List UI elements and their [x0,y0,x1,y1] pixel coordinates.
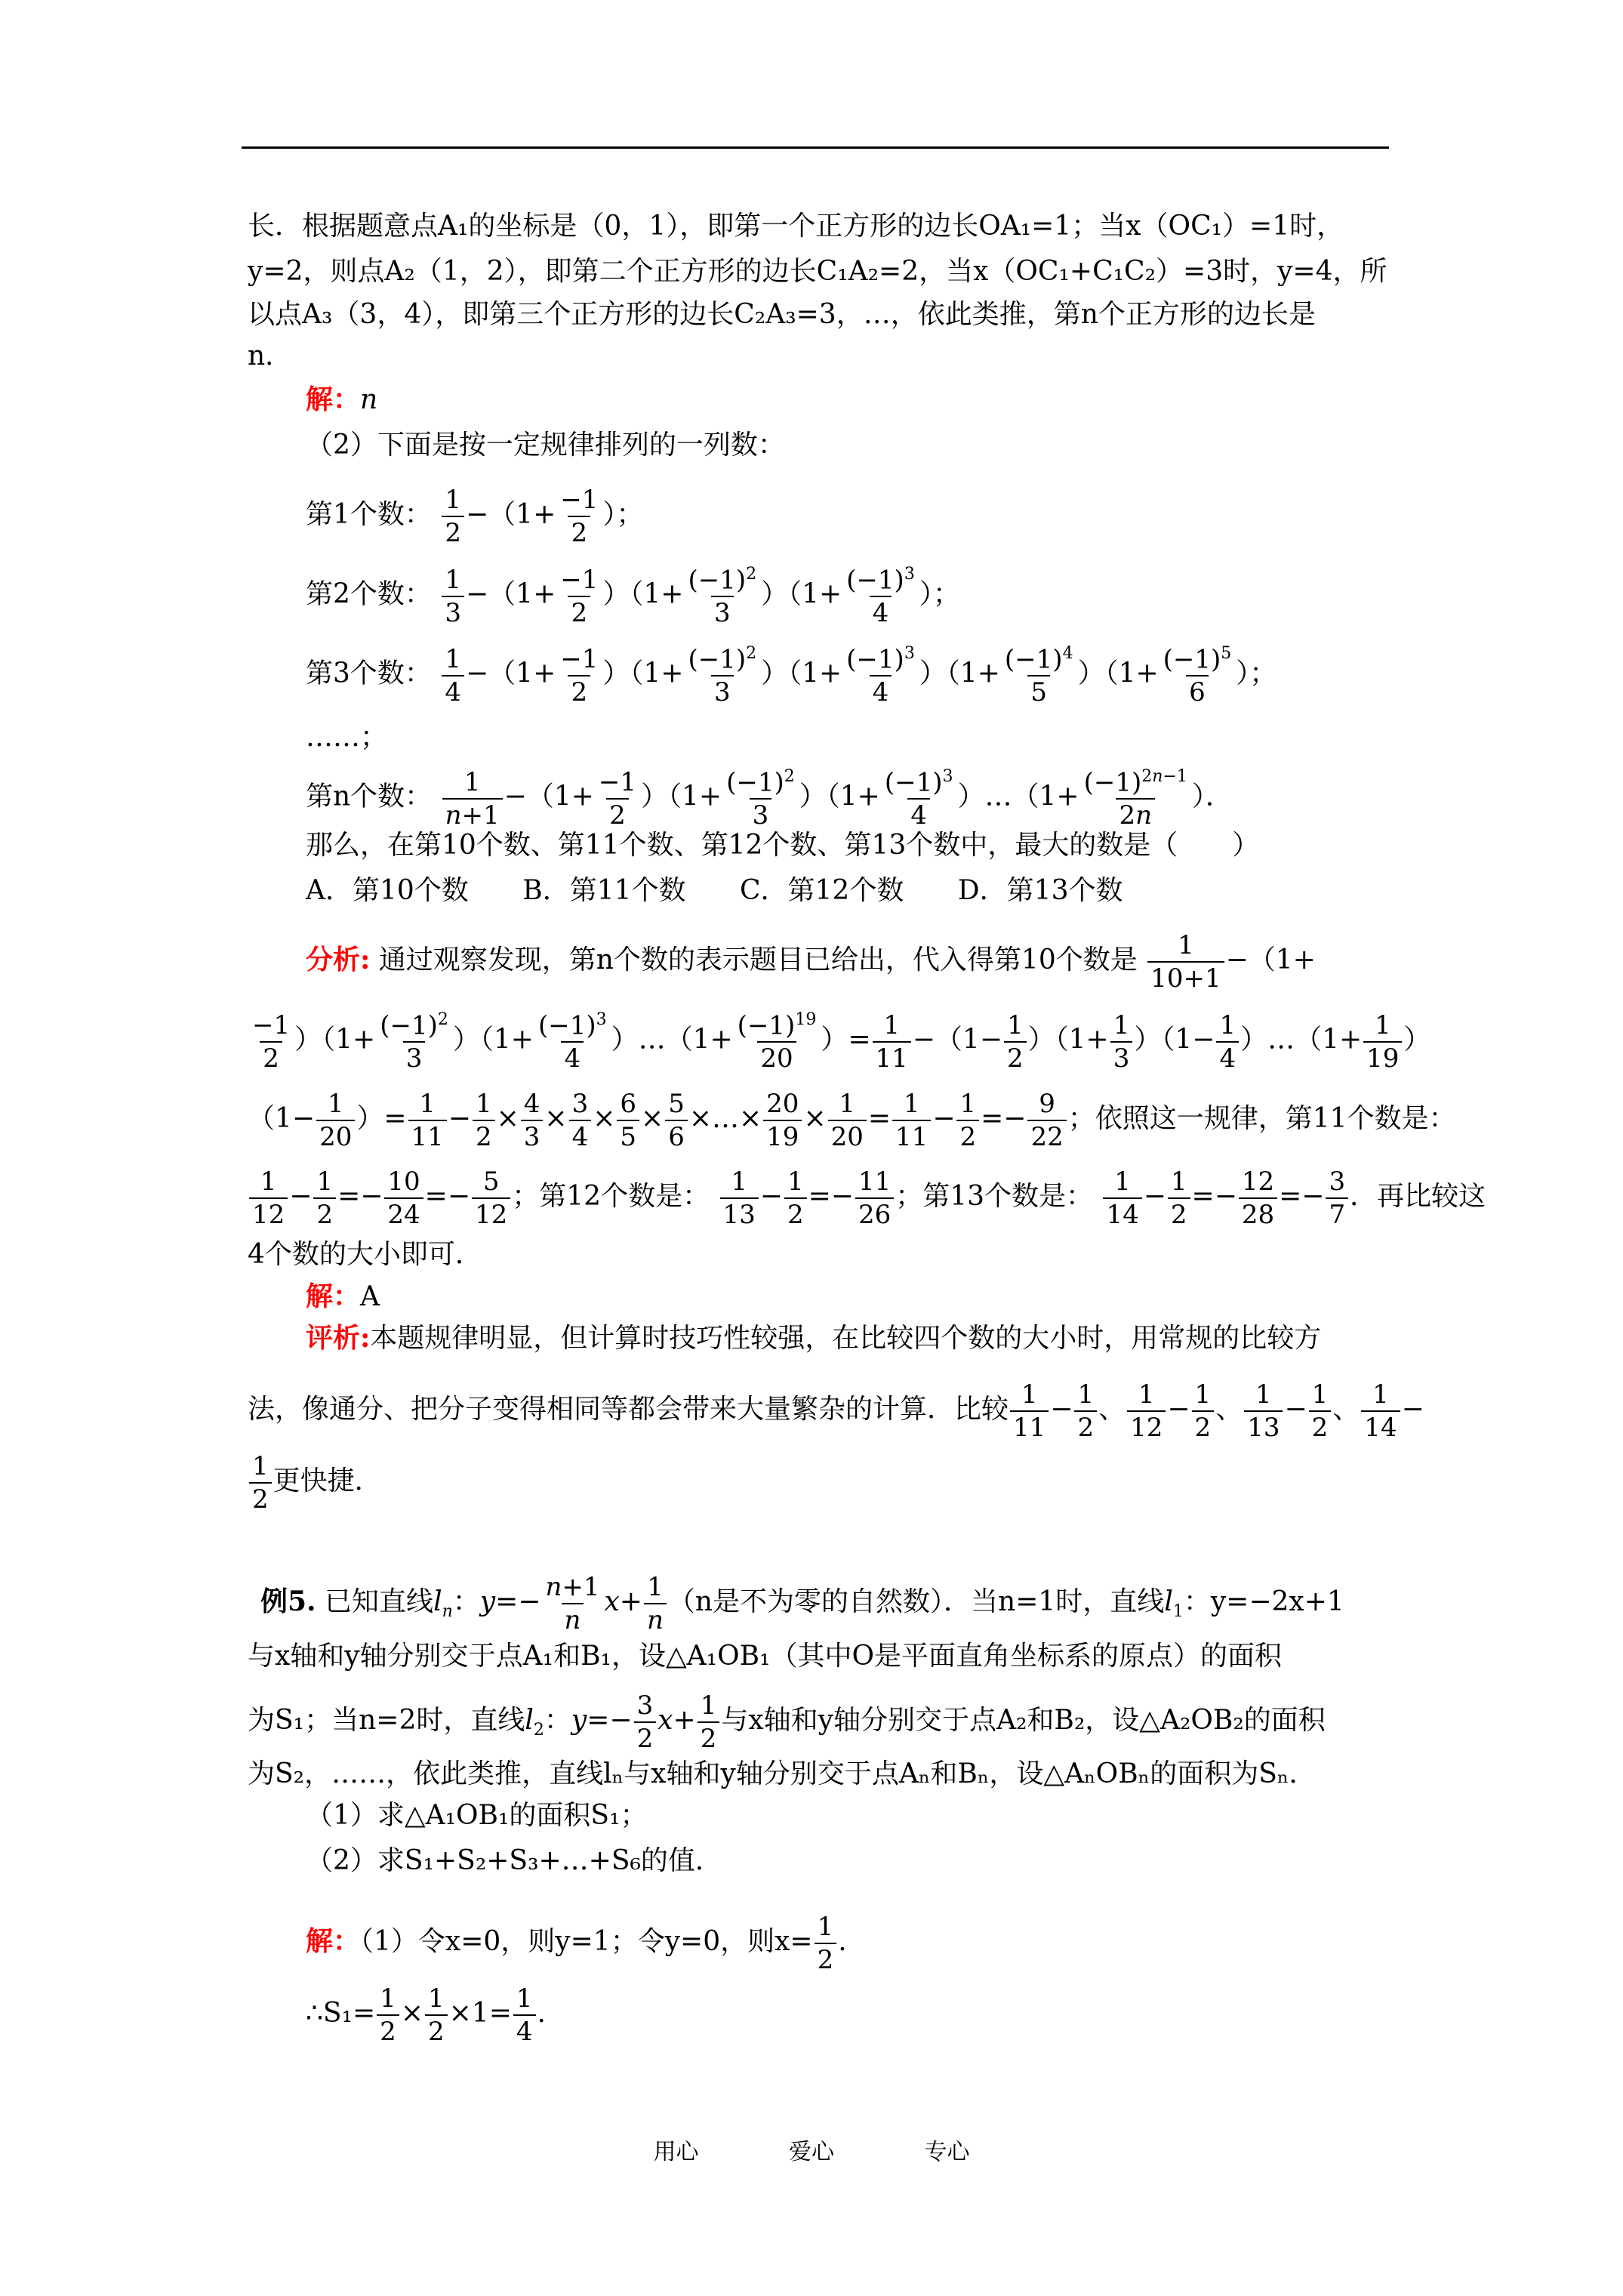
sequence-item-1: 第1个数： 12−（1+−12）； [306,487,643,546]
sequence-item-3: 第3个数： 14−（1+−12）（1+(−1)23）（1+(−1)34）（1+(… [306,646,1277,705]
example5-line-4: 为S₂，……，依此类推，直线lₙ与x轴和y轴分别交于点Aₙ和Bₙ，设△AₙOBₙ… [248,1758,1316,1791]
question: 那么，在第10个数、第11个数、第12个数、第13个数中，最大的数是（ ） [306,829,1259,862]
analysis-line-1: 分析: 通过观察发现，第n个数的表示题目已给出，代入得第10个数是 110+1−… [306,932,1316,991]
review-label: 评析: [306,1322,370,1354]
answer-value: A [360,1281,380,1312]
answer-2: 解：A [306,1280,380,1314]
solution-line-2: ∴S₁=12×12×1=14. [306,1986,546,2045]
example5-line-3: 为S₁；当n=2时，直线l2：y=−32x+12与x轴和y轴分别交于点A₂和B₂… [248,1693,1326,1752]
footer-item: 爱心 [789,2139,834,2165]
option-b: B．第11个数 [522,875,685,906]
option-d: D．第13个数 [958,875,1123,906]
analysis-line-2: −12）（1+(−1)23）（1+(−1)34）…（1+(−1)1920）=11… [248,1012,1431,1071]
answer-label: 解： [306,384,360,415]
example-label: 例5. [260,1586,316,1617]
analysis-end: 4个数的大小即可． [248,1238,482,1271]
text-line: 长．根据题意点A₁的坐标是（0，1），即第一个正方形的边长OA₁=1；当x（OC… [248,210,1344,243]
question-1: （1）求△A₁OB₁的面积S₁； [306,1799,648,1832]
sequence-item-2: 第2个数： 13−（1+−12）（1+(−1)23）（1+(−1)34）； [306,566,960,626]
text-line: 以点A₃（3，4），即第三个正方形的边长C₂A₃=3，…，依此类推，第n个正方形… [248,298,1316,331]
footer-item: 用心 [653,2139,698,2165]
analysis-label: 分析: [306,944,370,975]
sequence-ellipsis: ……； [306,721,387,754]
part2-intro: （2）下面是按一定规律排列的一列数： [306,429,785,462]
example5-line-2: 与x轴和y轴分别交于点A₁和B₁，设△A₁OB₁（其中O是平面直角坐标系的原点）… [248,1640,1282,1673]
options: A．第10个数 B．第11个数 C．第12个数 D．第13个数 [306,874,1123,908]
example5-line-1: 例5. 已知直线ln：y=−n+1nx+1n（n是不为零的自然数）．当n=1时，… [260,1574,1344,1633]
review-line-2: 法，像通分、把分子变得相同等都会带来大量繁杂的计算．比较111−12、112−1… [248,1382,1424,1441]
footer-item: 专心 [925,2139,970,2165]
sequence-item-n: 第n个数： 1n+1−（1+−12）（1+(−1)23）（1+(−1)34）…（… [306,769,1233,828]
solution-line-1: 解：（1）令x=0，则y=1；令y=0，则x=12. [306,1914,847,1973]
header-rule [242,146,1389,149]
text-line: y=2，则点A₂（1，2），即第二个正方形的边长C₁A₂=2，当x（OC₁+C₁… [248,255,1387,288]
question-2: （2）求S₁+S₂+S₃+…+S₆的值． [306,1845,722,1878]
review-line-1: 评析:本题规律明显，但计算时技巧性较强，在比较四个数的大小时，用常规的比较方 [306,1321,1321,1355]
analysis-line-3: （1−120）=111−12×43×34×65×56×…×2019×120=11… [248,1091,1456,1150]
option-a: A．第10个数 [306,875,469,906]
answer-line: 解：n [306,383,377,417]
review-line-3: 12更快捷． [248,1453,382,1512]
option-c: C．第12个数 [740,875,904,906]
answer-value: n [360,384,377,415]
text-line: n． [248,340,292,373]
solution-label: 解： [306,1925,360,1957]
page-footer: 用心 爱心 专心 [0,2133,1623,2166]
answer-label: 解： [306,1281,360,1312]
analysis-line-4: 112−12=−1024=−512；第12个数是： 113−12=−1126；第… [248,1169,1486,1228]
